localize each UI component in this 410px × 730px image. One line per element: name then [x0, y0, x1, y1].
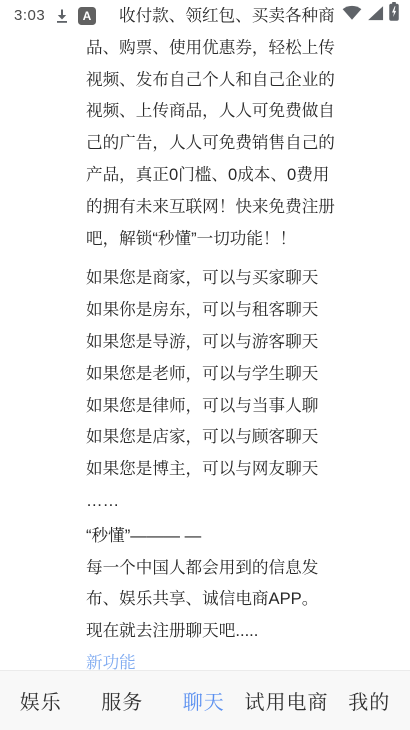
text-line: 如果您是店家，可以与顾客聊天 — [86, 421, 346, 453]
paragraph: 如果您是商家，可以与买家聊天如果你是房东，可以与租客聊天如果您是导游，可以与游客… — [86, 262, 346, 516]
text-line: 产品，真正0门槛、0成本、0费用 — [86, 159, 346, 191]
tab-entertainment[interactable]: 娱乐 — [0, 671, 82, 730]
tab-trial-ecommerce[interactable]: 试用电商 — [245, 671, 329, 730]
text-line: 己的广告，人人可免费销售自己的 — [86, 127, 346, 159]
text-line: 如果您是导游，可以与游客聊天 — [86, 326, 346, 358]
tab-mine[interactable]: 我的 — [329, 671, 410, 730]
text-line: 如果您是商家，可以与买家聊天 — [86, 262, 346, 294]
text-line: 如果您是律师，可以与当事人聊 — [86, 390, 346, 422]
text-line: 如果您是老师，可以与学生聊天 — [86, 358, 346, 390]
paragraph: “秒懂”——— —每一个中国人都会用到的信息发布、娱乐共享、诚信电商APP。现在… — [86, 520, 346, 647]
text-line: 现在就去注册聊天吧..... — [86, 615, 346, 647]
bottom-nav-bar: 娱乐服务聊天试用电商我的 — [0, 670, 410, 730]
tab-chat[interactable]: 聊天 — [163, 671, 245, 730]
content-column: 收付款、领红包、买卖各种商品、购票、使用优惠券，轻松上传视频、发布自己个人和自己… — [86, 0, 346, 679]
text-line: 吧，解锁“秒懂”一切功能！！ — [86, 223, 346, 255]
text-line: 每一个中国人都会用到的信息发 — [86, 552, 346, 584]
text-line: 视频、上传商品，人人可免费做自 — [86, 95, 346, 127]
tab-services[interactable]: 服务 — [82, 671, 164, 730]
wifi-icon — [341, 3, 363, 26]
text-line: 如果您是博主，可以与网友聊天 — [86, 453, 346, 485]
text-line: 的拥有未来互联网！快来免费注册 — [86, 191, 346, 223]
text-line: “秒懂”——— — — [86, 520, 346, 552]
text-line: 品、购票、使用优惠券，轻松上传 — [86, 32, 346, 64]
app-screen: 3:03 A — [0, 0, 410, 730]
status-time: 3:03 — [14, 7, 45, 24]
download-done-icon — [54, 8, 70, 24]
text-line: …… — [86, 485, 346, 517]
app-notification-icon: A — [78, 7, 96, 25]
text-line: 视频、发布自己个人和自己企业的 — [86, 64, 346, 96]
status-bar: 3:03 A — [0, 0, 410, 32]
cellular-signal-icon — [367, 5, 384, 26]
text-line: 布、娱乐共享、诚信电商APP。 — [86, 583, 346, 615]
battery-charging-icon — [388, 2, 400, 26]
status-right-icons — [341, 7, 400, 26]
text-line: 如果你是房东，可以与租客聊天 — [86, 294, 346, 326]
paragraph: 收付款、领红包、买卖各种商品、购票、使用优惠券，轻松上传视频、发布自己个人和自己… — [86, 0, 346, 254]
